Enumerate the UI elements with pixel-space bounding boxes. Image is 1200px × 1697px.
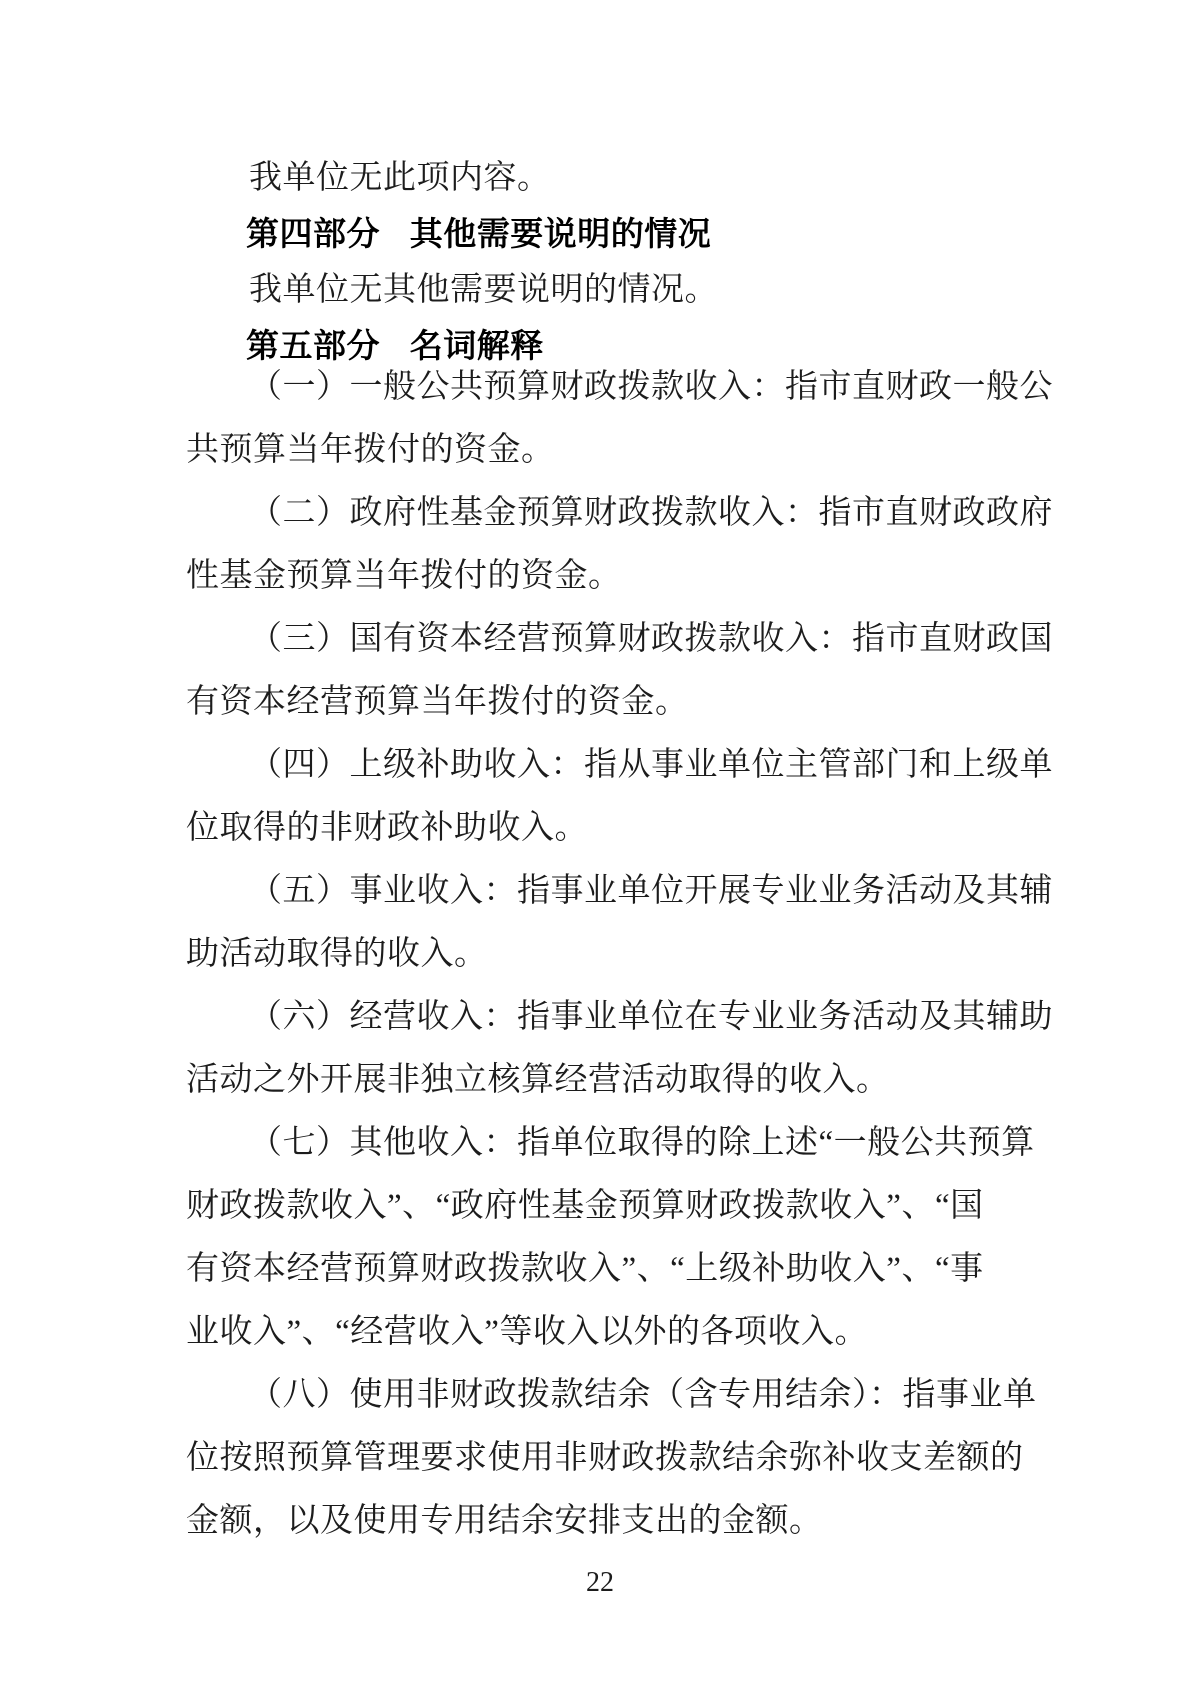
glossary-term-3-line: （三）国有资本经营预算财政拨款收入：指市直财政国 (186, 608, 1040, 671)
section-heading-title: 其他需要说明的情况 (410, 215, 712, 252)
glossary-term-4-line: 位取得的非财政补助收入。 (186, 797, 1040, 860)
glossary-term-7-line: 业收入”、“经营收入”等收入以外的各项收入。 (186, 1301, 1040, 1364)
glossary-term-6-line: （六）经营收入：指事业单位在专业业务活动及其辅助 (186, 986, 1040, 1049)
glossary-term-8-line: （八）使用非财政拨款结余（含专用结余）：指事业单 (186, 1364, 1040, 1427)
section-heading-label: 第四部分 (246, 215, 380, 252)
glossary-term-1-line: 共预算当年拨付的资金。 (186, 419, 1040, 482)
paragraph-line: 我单位无其他需要说明的情况。 (186, 262, 1040, 318)
paragraph-line: 我单位无此项内容。 (186, 150, 1040, 206)
glossary-term-5-line: 助活动取得的收入。 (186, 923, 1040, 986)
glossary-term-7-line: 有资本经营预算财政拨款收入”、“上级补助收入”、“事 (186, 1238, 1040, 1301)
glossary-term-6-line: 活动之外开展非独立核算经营活动取得的收入。 (186, 1049, 1040, 1112)
glossary-term-7-line: 财政拨款收入”、“政府性基金预算财政拨款收入”、“国 (186, 1175, 1040, 1238)
glossary-term-3-line: 有资本经营预算当年拨付的资金。 (186, 671, 1040, 734)
glossary-term-2-line: 性基金预算当年拨付的资金。 (186, 545, 1040, 608)
glossary-term-1-line: （一）一般公共预算财政拨款收入：指市直财政一般公 (186, 356, 1040, 419)
glossary-term-8-line: 金额，以及使用专用结余安排支出的金额。 (186, 1490, 1040, 1553)
glossary-term-4-line: （四）上级补助收入：指从事业单位主管部门和上级单 (186, 734, 1040, 797)
document-page: 我单位无此项内容。 第四部分其他需要说明的情况 我单位无其他需要说明的情况。 第… (0, 0, 1200, 1697)
page-content: 我单位无此项内容。 第四部分其他需要说明的情况 我单位无其他需要说明的情况。 第… (186, 150, 1040, 1553)
glossary-term-7-line: （七）其他收入：指单位取得的除上述“一般公共预算 (186, 1112, 1040, 1175)
glossary-term-2-line: （二）政府性基金预算财政拨款收入：指市直财政政府 (186, 482, 1040, 545)
glossary-term-8-line: 位按照预算管理要求使用非财政拨款结余弥补收支差额的 (186, 1427, 1040, 1490)
glossary-section: （一）一般公共预算财政拨款收入：指市直财政一般公 共预算当年拨付的资金。 （二）… (186, 356, 1040, 1553)
section-heading-part4: 第四部分其他需要说明的情况 (186, 206, 1040, 262)
page-number: 22 (0, 1563, 1200, 1603)
glossary-term-5-line: （五）事业收入：指事业单位开展专业业务活动及其辅 (186, 860, 1040, 923)
